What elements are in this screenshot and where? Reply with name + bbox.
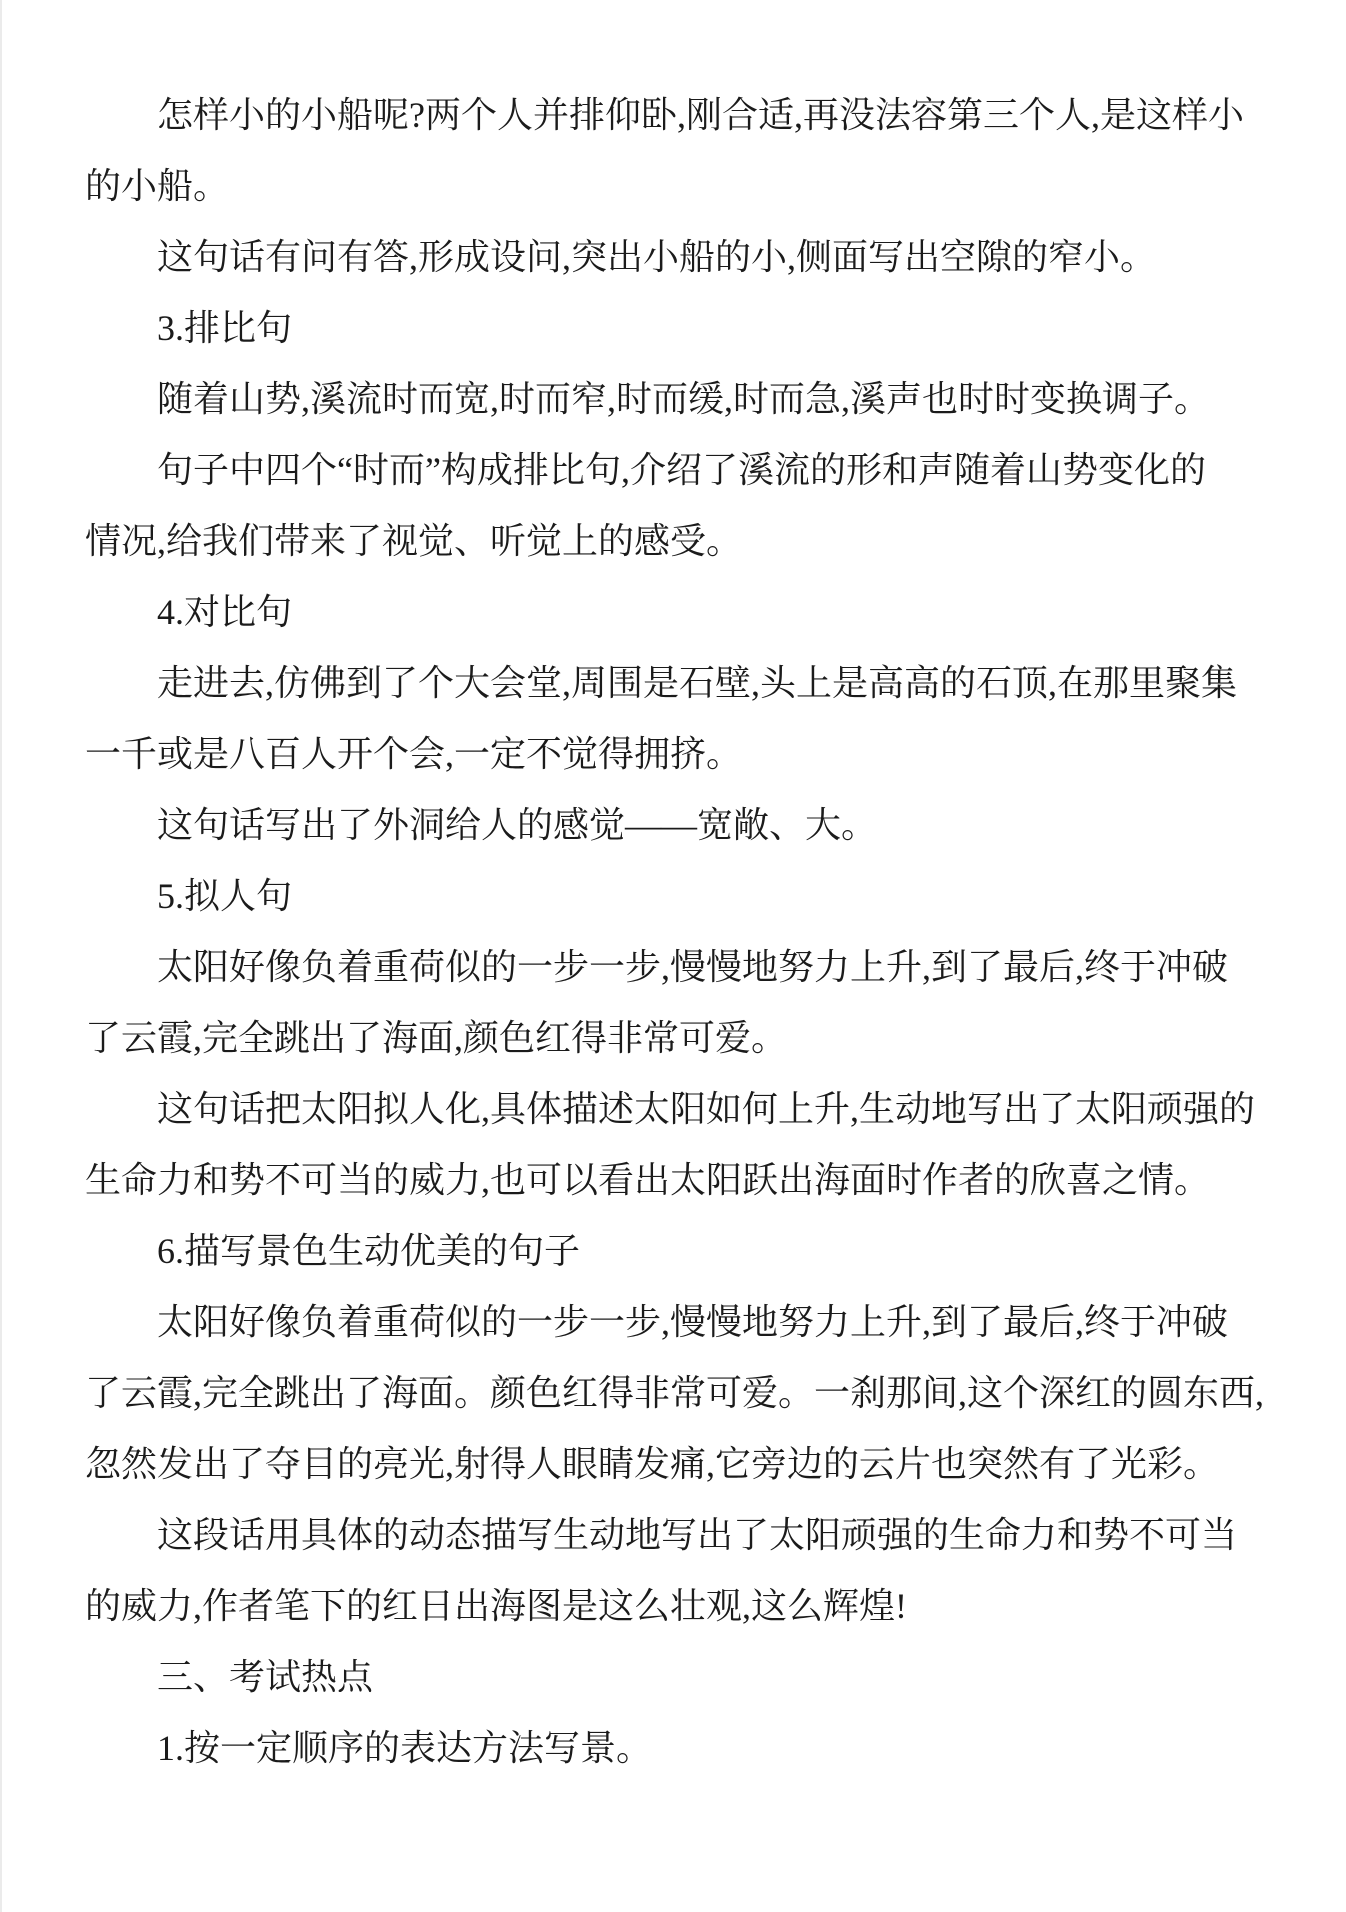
text-line: 生命力和势不可当的威力,也可以看出太阳跃出海面时作者的欣喜之情。 bbox=[85, 1145, 1251, 1216]
text-line: 这句话写出了外洞给人的感觉——宽敞、大。 bbox=[85, 790, 1251, 861]
text-line: 太阳好像负着重荷似的一步一步,慢慢地努力上升,到了最后,终于冲破 bbox=[85, 1287, 1251, 1358]
document-text: 怎样小的小船呢?两个人并排仰卧,刚合适,再没法容第三个人,是这样小的小船。这句话… bbox=[85, 80, 1251, 1784]
text-line: 情况,给我们带来了视觉、听觉上的感受。 bbox=[85, 506, 1251, 577]
text-line: 这段话用具体的动态描写生动地写出了太阳顽强的生命力和势不可当 bbox=[85, 1500, 1251, 1571]
text-line: 这句话把太阳拟人化,具体描述太阳如何上升,生动地写出了太阳顽强的 bbox=[85, 1074, 1251, 1145]
text-line: 句子中四个“时而”构成排比句,介绍了溪流的形和声随着山势变化的 bbox=[85, 435, 1251, 506]
document-page: 怎样小的小船呢?两个人并排仰卧,刚合适,再没法容第三个人,是这样小的小船。这句话… bbox=[0, 0, 1346, 1912]
text-line: 了云霞,完全跳出了海面,颜色红得非常可爱。 bbox=[85, 1003, 1251, 1074]
text-line: 的小船。 bbox=[85, 151, 1251, 222]
text-line: 6.描写景色生动优美的句子 bbox=[85, 1216, 1251, 1287]
text-line: 1.按一定顺序的表达方法写景。 bbox=[85, 1713, 1251, 1784]
text-line: 5.拟人句 bbox=[85, 861, 1251, 932]
text-line: 随着山势,溪流时而宽,时而窄,时而缓,时而急,溪声也时时变换调子。 bbox=[85, 364, 1251, 435]
text-line: 太阳好像负着重荷似的一步一步,慢慢地努力上升,到了最后,终于冲破 bbox=[85, 932, 1251, 1003]
text-line: 怎样小的小船呢?两个人并排仰卧,刚合适,再没法容第三个人,是这样小 bbox=[85, 80, 1251, 151]
text-line: 走进去,仿佛到了个大会堂,周围是石壁,头上是高高的石顶,在那里聚集 bbox=[85, 648, 1251, 719]
text-line: 忽然发出了夺目的亮光,射得人眼睛发痛,它旁边的云片也突然有了光彩。 bbox=[85, 1429, 1251, 1500]
text-line: 这句话有问有答,形成设问,突出小船的小,侧面写出空隙的窄小。 bbox=[85, 222, 1251, 293]
text-line: 4.对比句 bbox=[85, 577, 1251, 648]
text-line: 了云霞,完全跳出了海面。颜色红得非常可爱。一刹那间,这个深红的圆东西, bbox=[85, 1358, 1251, 1429]
text-line: 3.排比句 bbox=[85, 293, 1251, 364]
text-line: 三、考试热点 bbox=[85, 1642, 1251, 1713]
text-line: 的威力,作者笔下的红日出海图是这么壮观,这么辉煌! bbox=[85, 1571, 1251, 1642]
text-line: 一千或是八百人开个会,一定不觉得拥挤。 bbox=[85, 719, 1251, 790]
